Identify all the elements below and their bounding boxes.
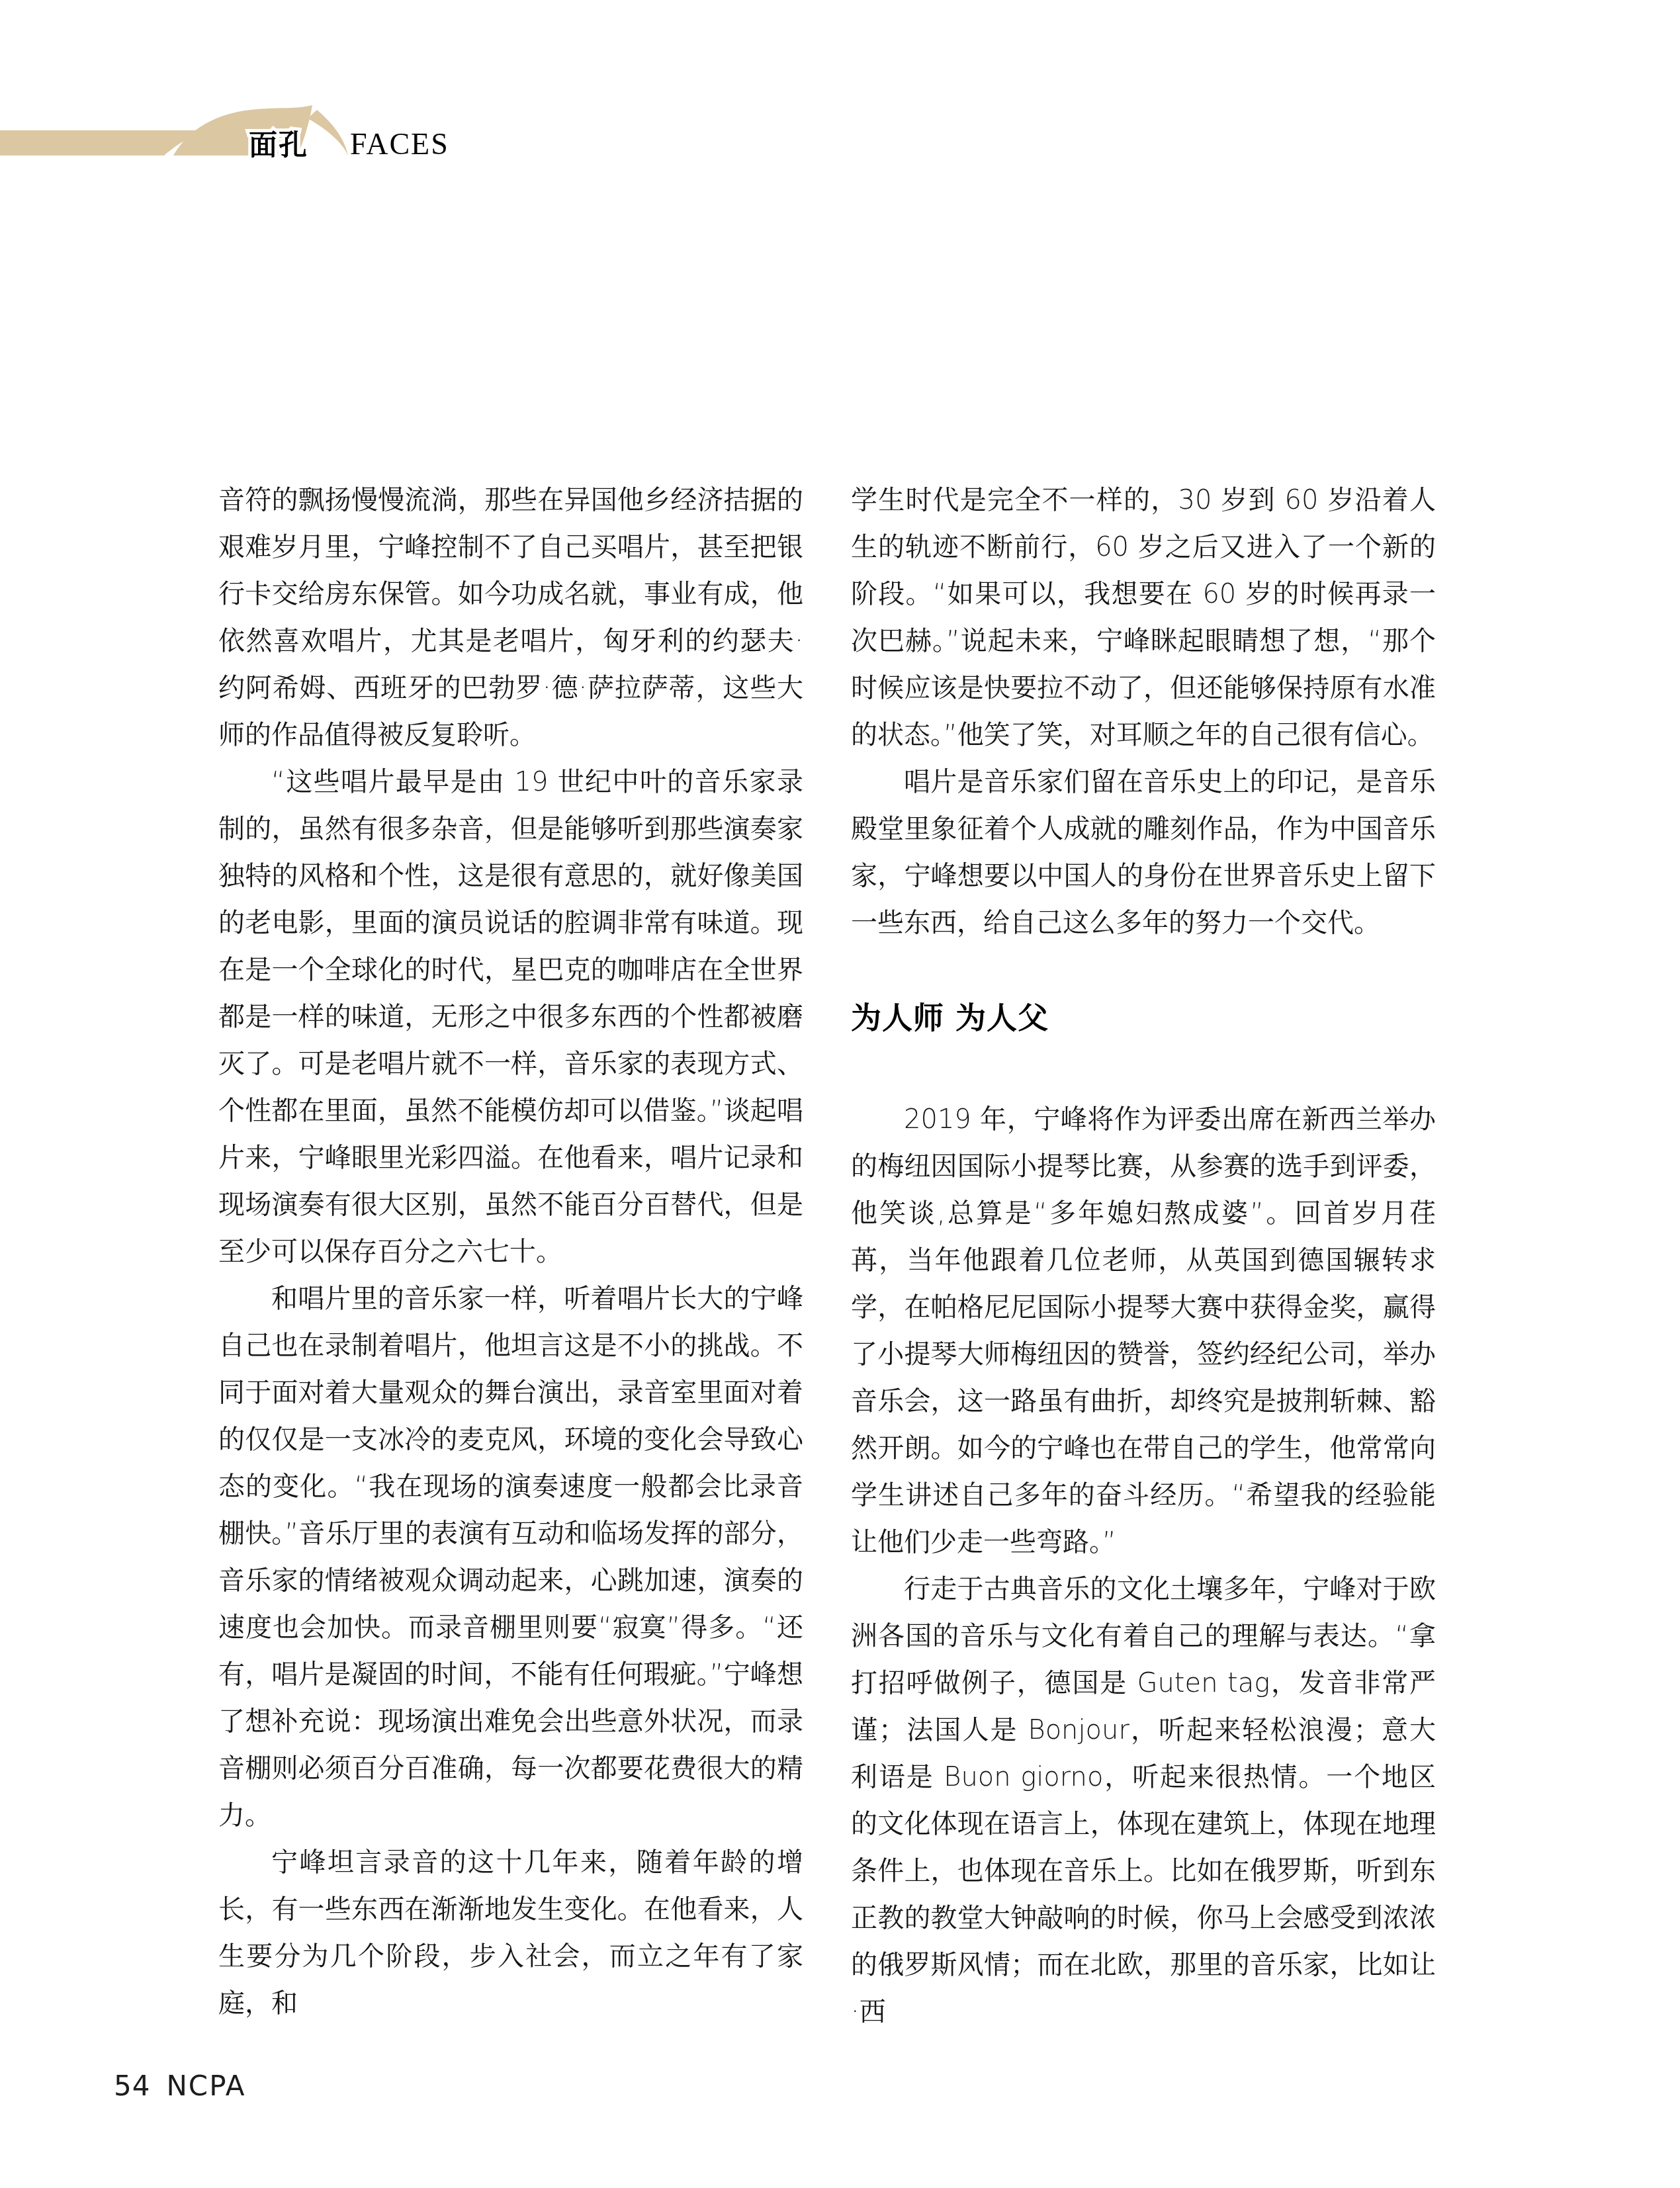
left-paragraph-4: 宁峰坦言录音的这十几年来，随着年龄的增长，有一些东西在渐渐地发生变化。在他看来，…	[218, 1839, 803, 2027]
right-paragraph-2: 唱片是音乐家们留在音乐史上的印记，是音乐殿堂里象征着个人成就的雕刻作品，作为中国…	[851, 759, 1436, 947]
magazine-name: NCPA	[166, 2070, 245, 2102]
left-paragraph-3: 和唱片里的音乐家一样，听着唱片长大的宁峰自己也在录制着唱片，他坦言这是不小的挑战…	[218, 1276, 803, 1839]
page-number: 54	[114, 2070, 150, 2102]
page-footer: 54 NCPA	[114, 2070, 246, 2102]
section-title-zh: 面孔	[249, 129, 308, 162]
section-title-en: FACES	[350, 127, 449, 161]
right-paragraph-1: 学生时代是完全不一样的，30 岁到 60 岁沿着人生的轨迹不断前行，60 岁之后…	[851, 477, 1436, 759]
page-header: 面孔 FACES	[0, 96, 543, 172]
header-swoosh-tail	[308, 110, 348, 155]
header-band-shape	[0, 130, 206, 155]
right-paragraph-4: 行走于古典音乐的文化土壤多年，宁峰对于欧洲各国的音乐与文化有着自己的理解与表达。…	[851, 1566, 1436, 2036]
section-heading: 为人师 为人父	[851, 997, 1436, 1038]
left-paragraph-1: 音符的飘扬慢慢流淌，那些在异国他乡经济拮据的艰难岁月里，宁峰控制不了自己买唱片，…	[218, 477, 803, 759]
left-paragraph-2: “这些唱片最早是由 19 世纪中叶的音乐家录制的，虽然有很多杂音，但是能够听到那…	[218, 759, 803, 1276]
magazine-page: 面孔 FACES 音符的飘扬慢慢流淌，那些在异国他乡经济拮据的艰难岁月里，宁峰控…	[0, 0, 1680, 2188]
right-paragraph-3: 2019 年，宁峰将作为评委出席在新西兰举办的梅纽因国际小提琴比赛，从参赛的选手…	[851, 1096, 1436, 1566]
left-column: 音符的飘扬慢慢流淌，那些在异国他乡经济拮据的艰难岁月里，宁峰控制不了自己买唱片，…	[218, 477, 803, 2027]
right-column: 学生时代是完全不一样的，30 岁到 60 岁沿着人生的轨迹不断前行，60 岁之后…	[851, 477, 1436, 2036]
